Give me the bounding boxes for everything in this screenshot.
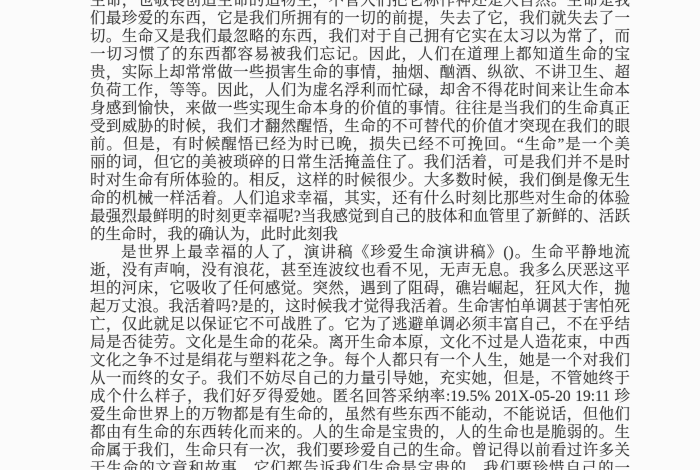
text-line: 们最珍爱的东西，它是我们所拥有的一切的前提，失去了它，我们就失去了一 [90,10,630,28]
text-line: 局是否徒劳。文化是生命的花朵。离开生命本原，文化不过是人造花束，中西 [90,334,630,352]
text-line: 负荷工作，等等。因此，人们为虚名浮利而忙碌，却舍不得花时间来让生命本 [90,82,630,100]
document-text-block: 生命，也敬畏创造生命的造物主，不管人们把它称作神还是大自然。生命是我们最珍爱的东… [90,0,630,470]
text-line: 从一而终的女子。我们不妨尽自己的力量引导她，充实她，但是，不管她终于 [90,370,630,388]
text-line: 受到威胁的时候，我们才翻然醒悟，生命的不可替代的价值才突现在我们的眼 [90,118,630,136]
text-line: 前。但是，有时候醒悟已经为时已晚，损失已经不可挽回。“生命”是一个美 [90,136,630,154]
text-line: 坦的河床，它吸收了任何感觉。突然，遇到了阻碍，礁岩崛起，狂风大作，抛 [90,280,630,298]
text-line: 一切习惯了的东西都容易被我们忘记。因此，人们在道理上都知道生命的宝 [90,46,630,64]
text-line: 逝，没有声响，没有浪花，甚至连波纹也看不见，无声无息。我多么厌恶这平 [90,262,630,280]
text-line: 成个什么样子，我们好歹得爱她。匿名回答采纳率:19.5% 201X-05-20 … [90,388,630,406]
text-line: 起万丈浪。我活着吗?是的，这时候我才觉得我活着。生命害怕单调甚于害怕死 [90,298,630,316]
text-line: 都由有生命的东西转化而来的。人的生命是宝贵的，人的生命也是脆弱的。生 [90,424,630,442]
text-line: 丽的词，但它的美被琐碎的日常生活掩盖住了。我们活着，可是我们并不是时 [90,154,630,172]
text-line: 爱生命世界上的万物都是有生命的，虽然有些东西不能动，不能说话，但他们 [90,406,630,424]
text-line: 切。生命又是我们最忽略的东西，我们对于自己拥有它实在太习以为常了，而 [90,28,630,46]
text-line: 的生命时，我的确认为，此时此刻我 [90,226,630,244]
text-line: 时对生命有所体验的。相反，这样的时候很少。大多数时候，我们倒是像无生 [90,172,630,190]
text-line: 贵，实际上却常常做一些损害生命的事情，抽烟、酗酒、纵欲、不讲卫生、超 [90,64,630,82]
text-line: 生命，也敬畏创造生命的造物主，不管人们把它称作神还是大自然。生命是我 [90,0,630,10]
text-line: 亡，仅此就足以保证它不可战胜了。它为了逃避单调必须丰富自己，不在乎结 [90,316,630,334]
text-line: 命的机械一样活着。人们追求幸福，其实，还有什么时刻比那些对生命的体验 [90,190,630,208]
text-line: 是世界上最幸福的人了，演讲稿《珍爱生命演讲稿》()。生命平静地流 [90,244,630,262]
text-line: 文化之争不过是绢花与塑料花之争。每个人都只有一个人生，她是一个对我们 [90,352,630,370]
text-line: 身感到愉快，来做一些实现生命本身的价值的事情。往往是当我们的生命真正 [90,100,630,118]
document-page: 生命，也敬畏创造生命的造物主，不管人们把它称作神还是大自然。生命是我们最珍爱的东… [0,0,700,470]
text-line: 命属于我们，生命只有一次，我们要珍爱自己的生命。曾记得以前看过许多关 [90,442,630,460]
text-line: 于生命的文章和故事，它们都告诉我们生命是宝贵的，我们要珍惜自己的一 [90,460,630,470]
text-line: 最强烈最鲜明的时刻更幸福呢?当我感觉到自己的肢体和血管里了新鲜的、活跃 [90,208,630,226]
